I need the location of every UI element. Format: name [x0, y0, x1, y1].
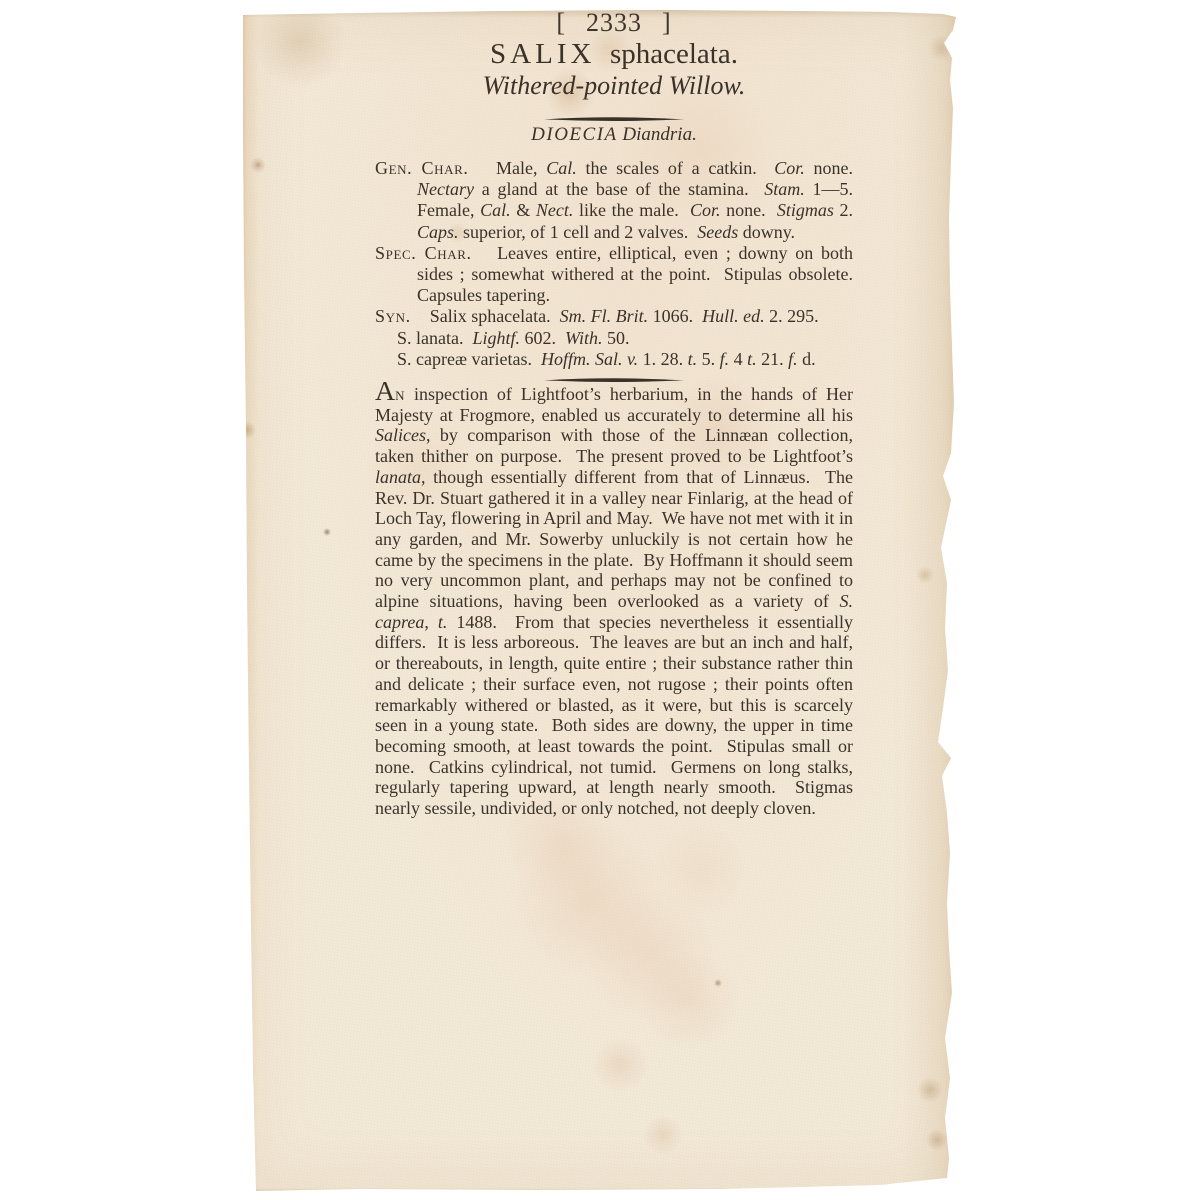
text-segment: 1066.: [648, 306, 702, 326]
text-segment: Stigmas: [777, 200, 834, 220]
syn-entry: S. capreæ varietas. Hoffm. Sal. v. 1. 28…: [375, 349, 853, 370]
gen-char-label: Gen. Char.: [375, 158, 469, 178]
text-segment: S. capreæ varietas.: [397, 349, 541, 369]
text-segment: A: [375, 376, 395, 407]
species-title: SALIX sphacelata.: [375, 38, 853, 71]
text-segment: Hoffm. Sal. v.: [541, 349, 638, 369]
text-segment: none.: [720, 200, 776, 220]
text-segment: n: [395, 384, 405, 404]
text-segment: Hull. ed.: [702, 306, 765, 326]
page-number-bracket-left: [: [556, 8, 566, 38]
text-segment: like the male.: [573, 200, 690, 220]
text-segment: S. lanata.: [397, 328, 472, 348]
text-segment: Lightf.: [472, 328, 520, 348]
spec-char-text: Leaves entire, elliptical, even ; downy …: [417, 243, 862, 305]
character-section: Gen. Char. Male, Cal. the scales of a ca…: [375, 158, 853, 370]
text-segment: Diandria.: [618, 124, 697, 145]
text-segment: 2.: [834, 200, 862, 220]
swelled-rule-bottom: [544, 377, 684, 384]
text-segment: superior, of 1 cell and 2 valves.: [459, 222, 698, 242]
text-segment: Cal.: [480, 200, 511, 220]
syn-entry-text: Salix sphacelata. Sm. Fl. Brit. 1066. Hu…: [421, 306, 819, 326]
text-segment: f.: [788, 349, 798, 369]
text-segment: Sm. Fl. Brit.: [560, 306, 649, 326]
text-segment: Nect.: [536, 200, 574, 220]
book-page: [2333] SALIX sphacelata. Withered-pointe…: [240, 8, 958, 1194]
syn-paragraph: Syn. Salix sphacelata. Sm. Fl. Brit. 106…: [375, 306, 853, 327]
text-segment: Cor.: [774, 158, 805, 178]
text-segment: Stam.: [764, 179, 805, 199]
text-segment: the scales of a catkin.: [577, 158, 775, 178]
syn-entry: S. lanata. Lightf. 602. With. 50.: [375, 328, 853, 349]
text-segment: DIOECIA: [531, 124, 617, 145]
page-number: 2333: [586, 8, 642, 37]
spec-char-paragraph: Spec. Char. Leaves entire, elliptical, e…: [375, 243, 853, 307]
text-segment: lanata: [375, 467, 421, 487]
text-segment: SALIX: [490, 38, 595, 70]
page-number-display: [2333]: [375, 8, 853, 38]
text-segment: 602.: [520, 328, 565, 348]
text-segment: 1. 28.: [638, 349, 688, 369]
swelled-rule-top: [544, 116, 684, 123]
spec-char-label: Spec. Char.: [375, 243, 472, 263]
gen-char-paragraph: Gen. Char. Male, Cal. the scales of a ca…: [375, 158, 853, 243]
text-segment: sphacelata.: [595, 38, 738, 70]
text-segment: 50.: [603, 328, 630, 348]
scan-background: [2333] SALIX sphacelata. Withered-pointe…: [0, 0, 1200, 1200]
text-segment: f.: [720, 349, 730, 369]
text-segment: Male,: [479, 158, 547, 178]
text-segment: &: [511, 200, 536, 220]
text-segment: d.: [798, 349, 816, 369]
gen-char-text: Male, Cal. the scales of a catkin. Cor. …: [417, 158, 862, 242]
text-segment: t.: [688, 349, 698, 369]
text-segment: Leaves entire, elliptical, even ; downy …: [417, 243, 862, 305]
text-segment: downy.: [738, 222, 795, 242]
text-segment: ,: [424, 612, 438, 632]
common-name-title: Withered-pointed Willow.: [375, 71, 853, 101]
text-segment: 2. 295.: [765, 306, 819, 326]
text-segment: Cor.: [690, 200, 721, 220]
text-segment: t.: [747, 349, 757, 369]
text-segment: Seeds: [697, 222, 738, 242]
page-number-bracket-right: ]: [662, 8, 672, 38]
text-segment: 4: [729, 349, 747, 369]
text-segment: none.: [805, 158, 862, 178]
text-segment: With.: [565, 328, 603, 348]
text-segment: 5.: [697, 349, 720, 369]
text-segment: a gland at the base of the stamina.: [474, 179, 764, 199]
text-segment: Nectary: [417, 179, 474, 199]
text-segment: 1488. From that species nevertheless it …: [375, 612, 858, 818]
page-content: [2333] SALIX sphacelata. Withered-pointe…: [375, 8, 853, 819]
syn-label: Syn.: [375, 306, 411, 326]
text-segment: Caps.: [417, 222, 459, 242]
text-segment: inspection of Lightfoot’s herbarium, in …: [375, 384, 858, 425]
classification-heading: DIOECIA Diandria.: [375, 123, 853, 147]
text-segment: , by comparison with those of the Linnæa…: [375, 425, 858, 466]
text-segment: , though essentially different from that…: [375, 467, 858, 611]
text-segment: Cal.: [546, 158, 577, 178]
description-paragraph: An inspection of Lightfoot’s herbarium, …: [375, 384, 853, 819]
text-segment: Salices: [375, 425, 426, 445]
text-segment: 21.: [757, 349, 789, 369]
text-segment: t.: [438, 612, 448, 632]
text-segment: Salix sphacelata.: [421, 306, 560, 326]
